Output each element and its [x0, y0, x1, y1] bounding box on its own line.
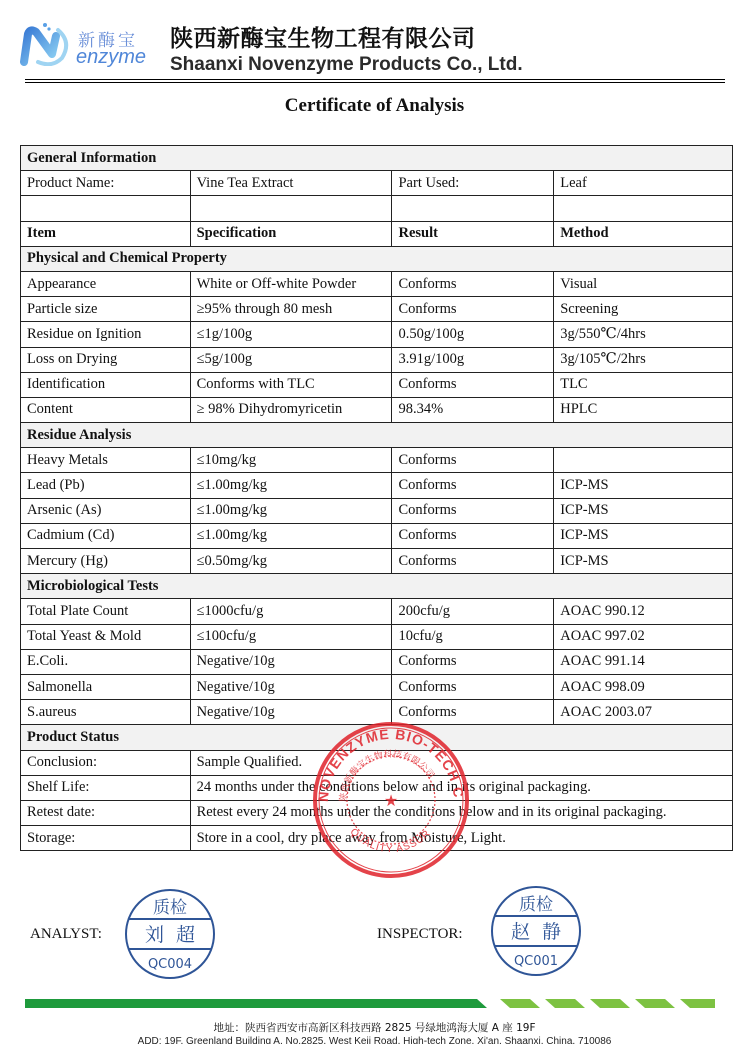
table-row: SalmonellaNegative/10gConformsAOAC 998.0… — [21, 674, 733, 699]
specification-cell: White or Off-white Powder — [190, 271, 392, 296]
specification-cell: Negative/10g — [190, 700, 392, 725]
method-cell: TLC — [554, 372, 733, 397]
specification-cell: ≥95% through 80 mesh — [190, 297, 392, 322]
analyst-stamp-top: 质检 — [153, 898, 187, 918]
column-header-method: Method — [554, 221, 733, 246]
column-header-row: Item Specification Result Method — [21, 221, 733, 246]
item-cell: Particle size — [21, 297, 191, 322]
table-row: S.aureusNegative/10gConformsAOAC 2003.07 — [21, 700, 733, 725]
status-row: Shelf Life:24 months under the condition… — [21, 775, 733, 800]
table-row: Heavy Metals≤10mg/kgConforms — [21, 448, 733, 473]
footer-stripe-bar — [25, 999, 715, 1008]
specification-cell: ≤10mg/kg — [190, 448, 392, 473]
analyst-stamp: 质检 刘 超 QC004 — [124, 888, 216, 980]
result-cell: Conforms — [392, 473, 554, 498]
company-name-english: Shaanxi Novenzyme Products Co., Ltd. — [170, 54, 523, 76]
specification-cell: Conforms with TLC — [190, 372, 392, 397]
method-cell: 3g/105℃/2hrs — [554, 347, 733, 372]
specification-cell: ≤0.50mg/kg — [190, 549, 392, 574]
specification-cell: Negative/10g — [190, 674, 392, 699]
table-row: Total Yeast & Mold≤100cfu/g10cfu/gAOAC 9… — [21, 624, 733, 649]
product-info-row: Product Name: Vine Tea Extract Part Used… — [21, 171, 733, 196]
company-name-chinese: 陕西新酶宝生物工程有限公司 — [170, 20, 476, 53]
item-cell: Mercury (Hg) — [21, 549, 191, 574]
method-cell: 3g/550℃/4hrs — [554, 322, 733, 347]
inspector-stamp-code: QC001 — [514, 954, 558, 969]
table-row: IdentificationConforms with TLCConformsT… — [21, 372, 733, 397]
status-row: Storage:Store in a cool, dry place away … — [21, 826, 733, 851]
section-title: Product Status — [21, 725, 733, 750]
section-title: Microbiological Tests — [21, 574, 733, 599]
part-used-value: Leaf — [554, 171, 733, 196]
item-cell: Total Plate Count — [21, 599, 191, 624]
section-title: Physical and Chemical Property — [21, 246, 733, 271]
document-title: Certificate of Analysis — [0, 95, 749, 117]
status-value: Store in a cool, dry place away from Moi… — [190, 826, 732, 851]
header-divider — [25, 82, 725, 83]
specification-cell: ≤5g/100g — [190, 347, 392, 372]
section-header-row: Physical and Chemical Property — [21, 246, 733, 271]
table-row: Loss on Drying≤5g/100g3.91g/100g3g/105℃/… — [21, 347, 733, 372]
table-row: Mercury (Hg)≤0.50mg/kgConformsICP-MS — [21, 549, 733, 574]
item-cell: Total Yeast & Mold — [21, 624, 191, 649]
item-cell: E.Coli. — [21, 649, 191, 674]
result-cell: Conforms — [392, 700, 554, 725]
status-row: Retest date:Retest every 24 months under… — [21, 800, 733, 825]
table-row: Residue on Ignition≤1g/100g0.50g/100g3g/… — [21, 322, 733, 347]
item-cell: Cadmium (Cd) — [21, 523, 191, 548]
table-row: Total Plate Count≤1000cfu/g200cfu/gAOAC … — [21, 599, 733, 624]
specification-cell: ≤1.00mg/kg — [190, 523, 392, 548]
empty-row — [21, 196, 733, 221]
table-row: Lead (Pb)≤1.00mg/kgConformsICP-MS — [21, 473, 733, 498]
method-cell: AOAC 990.12 — [554, 599, 733, 624]
column-header-result: Result — [392, 221, 554, 246]
result-cell: Conforms — [392, 523, 554, 548]
method-cell: AOAC 2003.07 — [554, 700, 733, 725]
item-cell: Arsenic (As) — [21, 498, 191, 523]
table-row: AppearanceWhite or Off-white PowderConfo… — [21, 271, 733, 296]
item-cell: Appearance — [21, 271, 191, 296]
inspector-stamp: 质检 赵 静 QC001 — [490, 885, 582, 977]
method-cell: ICP-MS — [554, 549, 733, 574]
result-cell: 0.50g/100g — [392, 322, 554, 347]
result-cell: Conforms — [392, 674, 554, 699]
table-row: Cadmium (Cd)≤1.00mg/kgConformsICP-MS — [21, 523, 733, 548]
method-cell: ICP-MS — [554, 473, 733, 498]
table-row: Content≥ 98% Dihydromyricetin98.34%HPLC — [21, 397, 733, 422]
specification-cell: ≤100cfu/g — [190, 624, 392, 649]
header-divider — [25, 79, 725, 80]
specification-cell: ≥ 98% Dihydromyricetin — [190, 397, 392, 422]
item-cell: S.aureus — [21, 700, 191, 725]
status-label: Retest date: — [21, 800, 191, 825]
status-value: Sample Qualified. — [190, 750, 732, 775]
inspector-stamp-top: 质检 — [519, 895, 553, 915]
method-cell: AOAC 998.09 — [554, 674, 733, 699]
status-value: Retest every 24 months under the conditi… — [190, 800, 732, 825]
column-header-specification: Specification — [190, 221, 392, 246]
section-header-row: Residue Analysis — [21, 423, 733, 448]
result-cell: 200cfu/g — [392, 599, 554, 624]
analyst-stamp-code: QC004 — [148, 957, 192, 972]
section-title: Residue Analysis — [21, 423, 733, 448]
product-name-value: Vine Tea Extract — [190, 171, 392, 196]
analyst-stamp-name: 刘 超 — [145, 924, 195, 946]
result-cell: Conforms — [392, 498, 554, 523]
result-cell: Conforms — [392, 271, 554, 296]
status-label: Conclusion: — [21, 750, 191, 775]
table-row: E.Coli.Negative/10gConformsAOAC 991.14 — [21, 649, 733, 674]
part-used-label: Part Used: — [392, 171, 554, 196]
specification-cell: Negative/10g — [190, 649, 392, 674]
specification-cell: ≤1.00mg/kg — [190, 498, 392, 523]
method-cell: HPLC — [554, 397, 733, 422]
result-cell: Conforms — [392, 549, 554, 574]
result-cell: Conforms — [392, 649, 554, 674]
table-row: Particle size≥95% through 80 meshConform… — [21, 297, 733, 322]
item-cell: Heavy Metals — [21, 448, 191, 473]
item-cell: Loss on Drying — [21, 347, 191, 372]
item-cell: Identification — [21, 372, 191, 397]
column-header-item: Item — [21, 221, 191, 246]
method-cell — [554, 448, 733, 473]
analyst-label: ANALYST: — [30, 926, 102, 943]
inspector-stamp-name: 赵 静 — [511, 921, 561, 943]
status-row: Conclusion:Sample Qualified. — [21, 750, 733, 775]
status-label: Storage: — [21, 826, 191, 851]
method-cell: AOAC 997.02 — [554, 624, 733, 649]
item-cell: Residue on Ignition — [21, 322, 191, 347]
result-cell: 3.91g/100g — [392, 347, 554, 372]
method-cell: ICP-MS — [554, 498, 733, 523]
item-cell: Lead (Pb) — [21, 473, 191, 498]
enzyme-logo-icon — [18, 22, 74, 66]
result-cell: Conforms — [392, 448, 554, 473]
result-cell: 10cfu/g — [392, 624, 554, 649]
section-title: General Information — [21, 146, 733, 171]
status-value: 24 months under the conditions below and… — [190, 775, 732, 800]
method-cell: Visual — [554, 271, 733, 296]
method-cell: ICP-MS — [554, 523, 733, 548]
specification-cell: ≤1000cfu/g — [190, 599, 392, 624]
specification-cell: ≤1.00mg/kg — [190, 473, 392, 498]
section-header-row: Microbiological Tests — [21, 574, 733, 599]
company-logo: 新酶宝 enzyme — [18, 18, 160, 70]
section-header-row: Product Status — [21, 725, 733, 750]
specification-cell: ≤1g/100g — [190, 322, 392, 347]
product-name-label: Product Name: — [21, 171, 191, 196]
analysis-table: General Information Product Name: Vine T… — [20, 145, 733, 851]
section-header-row: General Information — [21, 146, 733, 171]
result-cell: 98.34% — [392, 397, 554, 422]
footer-address-chinese: 地址：陕西省西安市高新区科技西路 2825 号绿地鸿海大厦 A 座 19F — [0, 1020, 749, 1035]
status-label: Shelf Life: — [21, 775, 191, 800]
method-cell: Screening — [554, 297, 733, 322]
table-row: Arsenic (As)≤1.00mg/kgConformsICP-MS — [21, 498, 733, 523]
item-cell: Content — [21, 397, 191, 422]
logo-english-text: enzyme — [76, 46, 146, 69]
method-cell: AOAC 991.14 — [554, 649, 733, 674]
inspector-label: INSPECTOR: — [377, 926, 463, 943]
result-cell: Conforms — [392, 372, 554, 397]
footer-address-english: ADD: 19F, Greenland Building A, No.2825,… — [0, 1036, 749, 1044]
result-cell: Conforms — [392, 297, 554, 322]
item-cell: Salmonella — [21, 674, 191, 699]
